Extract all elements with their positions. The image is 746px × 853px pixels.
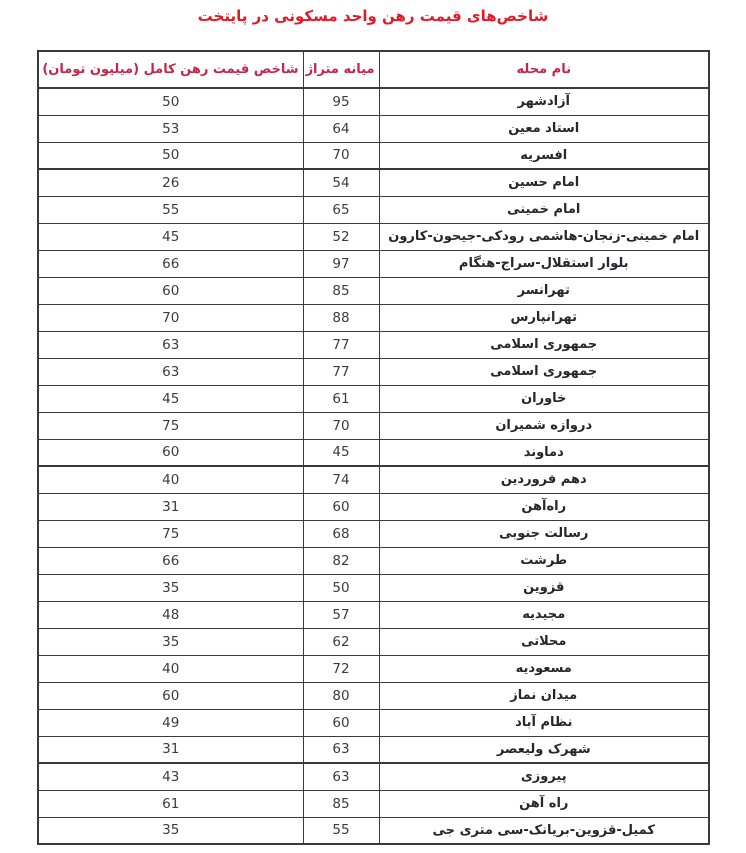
rent-index-cell: 75 — [38, 520, 303, 547]
table-row: طرشت8266 — [38, 547, 709, 574]
median-area-cell: 50 — [303, 574, 379, 601]
neighborhood-name-cell: دهم فروردین — [379, 466, 709, 493]
neighborhood-name-cell: قزوین — [379, 574, 709, 601]
rent-index-cell: 40 — [38, 655, 303, 682]
median-area-cell: 70 — [303, 412, 379, 439]
table-row: تهرانپارس8870 — [38, 304, 709, 331]
rent-index-cell: 35 — [38, 574, 303, 601]
table-body: آزادشهر9550استاد معین6453افسریه7050امام … — [38, 88, 709, 844]
rent-index-cell: 53 — [38, 115, 303, 142]
neighborhood-name-cell: جمهوری اسلامی — [379, 358, 709, 385]
neighborhood-name-cell: طرشت — [379, 547, 709, 574]
neighborhood-name-cell: تهرانسر — [379, 277, 709, 304]
median-area-cell: 85 — [303, 277, 379, 304]
median-area-cell: 45 — [303, 439, 379, 466]
rent-index-cell: 26 — [38, 169, 303, 196]
header-row: نام محله میانه متراژ شاخص قیمت رهن کامل … — [38, 51, 709, 88]
table-row: پیروزی6343 — [38, 763, 709, 790]
median-area-cell: 65 — [303, 196, 379, 223]
neighborhood-name-cell: تهرانپارس — [379, 304, 709, 331]
rent-index-cell: 48 — [38, 601, 303, 628]
rent-index-cell: 55 — [38, 196, 303, 223]
median-area-cell: 88 — [303, 304, 379, 331]
rent-index-cell: 43 — [38, 763, 303, 790]
median-area-cell: 70 — [303, 142, 379, 169]
neighborhood-name-cell: آزادشهر — [379, 88, 709, 115]
table-row: امام خمینی6555 — [38, 196, 709, 223]
median-area-cell: 82 — [303, 547, 379, 574]
median-area-cell: 80 — [303, 682, 379, 709]
median-area-cell: 63 — [303, 763, 379, 790]
rent-index-cell: 60 — [38, 682, 303, 709]
rent-index-cell: 60 — [38, 439, 303, 466]
table-row: کمیل-قزوین-بریانک-سی متری جی5535 — [38, 817, 709, 844]
rent-index-cell: 63 — [38, 331, 303, 358]
rent-index-cell: 66 — [38, 250, 303, 277]
neighborhood-name-cell: افسریه — [379, 142, 709, 169]
table-row: آزادشهر9550 — [38, 88, 709, 115]
column-header-neighborhood: نام محله — [379, 51, 709, 88]
table-row: رسالت جنوبی6875 — [38, 520, 709, 547]
table-row: محلاتی6235 — [38, 628, 709, 655]
neighborhood-name-cell: امام خمینی — [379, 196, 709, 223]
column-header-median-area: میانه متراژ — [303, 51, 379, 88]
table-row: راه‌آهن6031 — [38, 493, 709, 520]
median-area-cell: 61 — [303, 385, 379, 412]
rent-index-cell: 63 — [38, 358, 303, 385]
neighborhood-name-cell: شهرک ولیعصر — [379, 736, 709, 763]
median-area-cell: 97 — [303, 250, 379, 277]
neighborhood-name-cell: نظام آباد — [379, 709, 709, 736]
table-row: استاد معین6453 — [38, 115, 709, 142]
median-area-cell: 54 — [303, 169, 379, 196]
neighborhood-name-cell: استاد معین — [379, 115, 709, 142]
table-row: میدان نماز8060 — [38, 682, 709, 709]
rent-index-cell: 66 — [38, 547, 303, 574]
rent-index-table: نام محله میانه متراژ شاخص قیمت رهن کامل … — [37, 50, 710, 845]
table-row: جمهوری اسلامی7763 — [38, 358, 709, 385]
table-row: خاوران6145 — [38, 385, 709, 412]
median-area-cell: 77 — [303, 358, 379, 385]
rent-index-cell: 61 — [38, 790, 303, 817]
neighborhood-name-cell: رسالت جنوبی — [379, 520, 709, 547]
median-area-cell: 60 — [303, 709, 379, 736]
rent-index-cell: 35 — [38, 628, 303, 655]
rent-index-cell: 50 — [38, 88, 303, 115]
table-row: قزوین5035 — [38, 574, 709, 601]
neighborhood-name-cell: راه آهن — [379, 790, 709, 817]
table-row: نظام آباد6049 — [38, 709, 709, 736]
table-row: مسعودیه7240 — [38, 655, 709, 682]
neighborhood-name-cell: بلوار استقلال-سراج-هنگام — [379, 250, 709, 277]
median-area-cell: 95 — [303, 88, 379, 115]
table-row: جمهوری اسلامی7763 — [38, 331, 709, 358]
rent-index-cell: 35 — [38, 817, 303, 844]
page: شاخص‌های قیمت رهن واحد مسکونی در پایتخت … — [0, 0, 746, 853]
rent-index-cell: 50 — [38, 142, 303, 169]
rent-index-cell: 45 — [38, 385, 303, 412]
table-row: بلوار استقلال-سراج-هنگام9766 — [38, 250, 709, 277]
median-area-cell: 85 — [303, 790, 379, 817]
neighborhood-name-cell: راه‌آهن — [379, 493, 709, 520]
median-area-cell: 57 — [303, 601, 379, 628]
neighborhood-name-cell: پیروزی — [379, 763, 709, 790]
neighborhood-name-cell: دماوند — [379, 439, 709, 466]
rent-index-cell: 31 — [38, 493, 303, 520]
table-row: دهم فروردین7440 — [38, 466, 709, 493]
table-row: دروازه شمیران7075 — [38, 412, 709, 439]
table-row: تهرانسر8560 — [38, 277, 709, 304]
table-row: مجیدیه5748 — [38, 601, 709, 628]
neighborhood-name-cell: محلاتی — [379, 628, 709, 655]
table-row: امام حسین5426 — [38, 169, 709, 196]
rent-index-cell: 40 — [38, 466, 303, 493]
rent-index-cell: 31 — [38, 736, 303, 763]
neighborhood-name-cell: میدان نماز — [379, 682, 709, 709]
neighborhood-name-cell: کمیل-قزوین-بریانک-سی متری جی — [379, 817, 709, 844]
table-row: افسریه7050 — [38, 142, 709, 169]
median-area-cell: 72 — [303, 655, 379, 682]
table-row: امام خمینی-زنجان-هاشمی رودکی-جیحون-کارون… — [38, 223, 709, 250]
column-header-rent-index: شاخص قیمت رهن کامل (میلیون تومان) — [38, 51, 303, 88]
rent-index-cell: 60 — [38, 277, 303, 304]
page-title: شاخص‌های قیمت رهن واحد مسکونی در پایتخت — [0, 7, 746, 25]
median-area-cell: 52 — [303, 223, 379, 250]
neighborhood-name-cell: دروازه شمیران — [379, 412, 709, 439]
median-area-cell: 68 — [303, 520, 379, 547]
neighborhood-name-cell: امام حسین — [379, 169, 709, 196]
rent-index-cell: 70 — [38, 304, 303, 331]
neighborhood-name-cell: جمهوری اسلامی — [379, 331, 709, 358]
table-row: شهرک ولیعصر6331 — [38, 736, 709, 763]
rent-index-cell: 49 — [38, 709, 303, 736]
median-area-cell: 55 — [303, 817, 379, 844]
median-area-cell: 63 — [303, 736, 379, 763]
median-area-cell: 77 — [303, 331, 379, 358]
median-area-cell: 64 — [303, 115, 379, 142]
neighborhood-name-cell: خاوران — [379, 385, 709, 412]
neighborhood-name-cell: مجیدیه — [379, 601, 709, 628]
median-area-cell: 60 — [303, 493, 379, 520]
neighborhood-name-cell: امام خمینی-زنجان-هاشمی رودکی-جیحون-کارون — [379, 223, 709, 250]
neighborhood-name-cell: مسعودیه — [379, 655, 709, 682]
median-area-cell: 62 — [303, 628, 379, 655]
median-area-cell: 74 — [303, 466, 379, 493]
rent-index-cell: 45 — [38, 223, 303, 250]
rent-index-cell: 75 — [38, 412, 303, 439]
table-row: دماوند4560 — [38, 439, 709, 466]
table-row: راه آهن8561 — [38, 790, 709, 817]
table-header: نام محله میانه متراژ شاخص قیمت رهن کامل … — [38, 51, 709, 88]
